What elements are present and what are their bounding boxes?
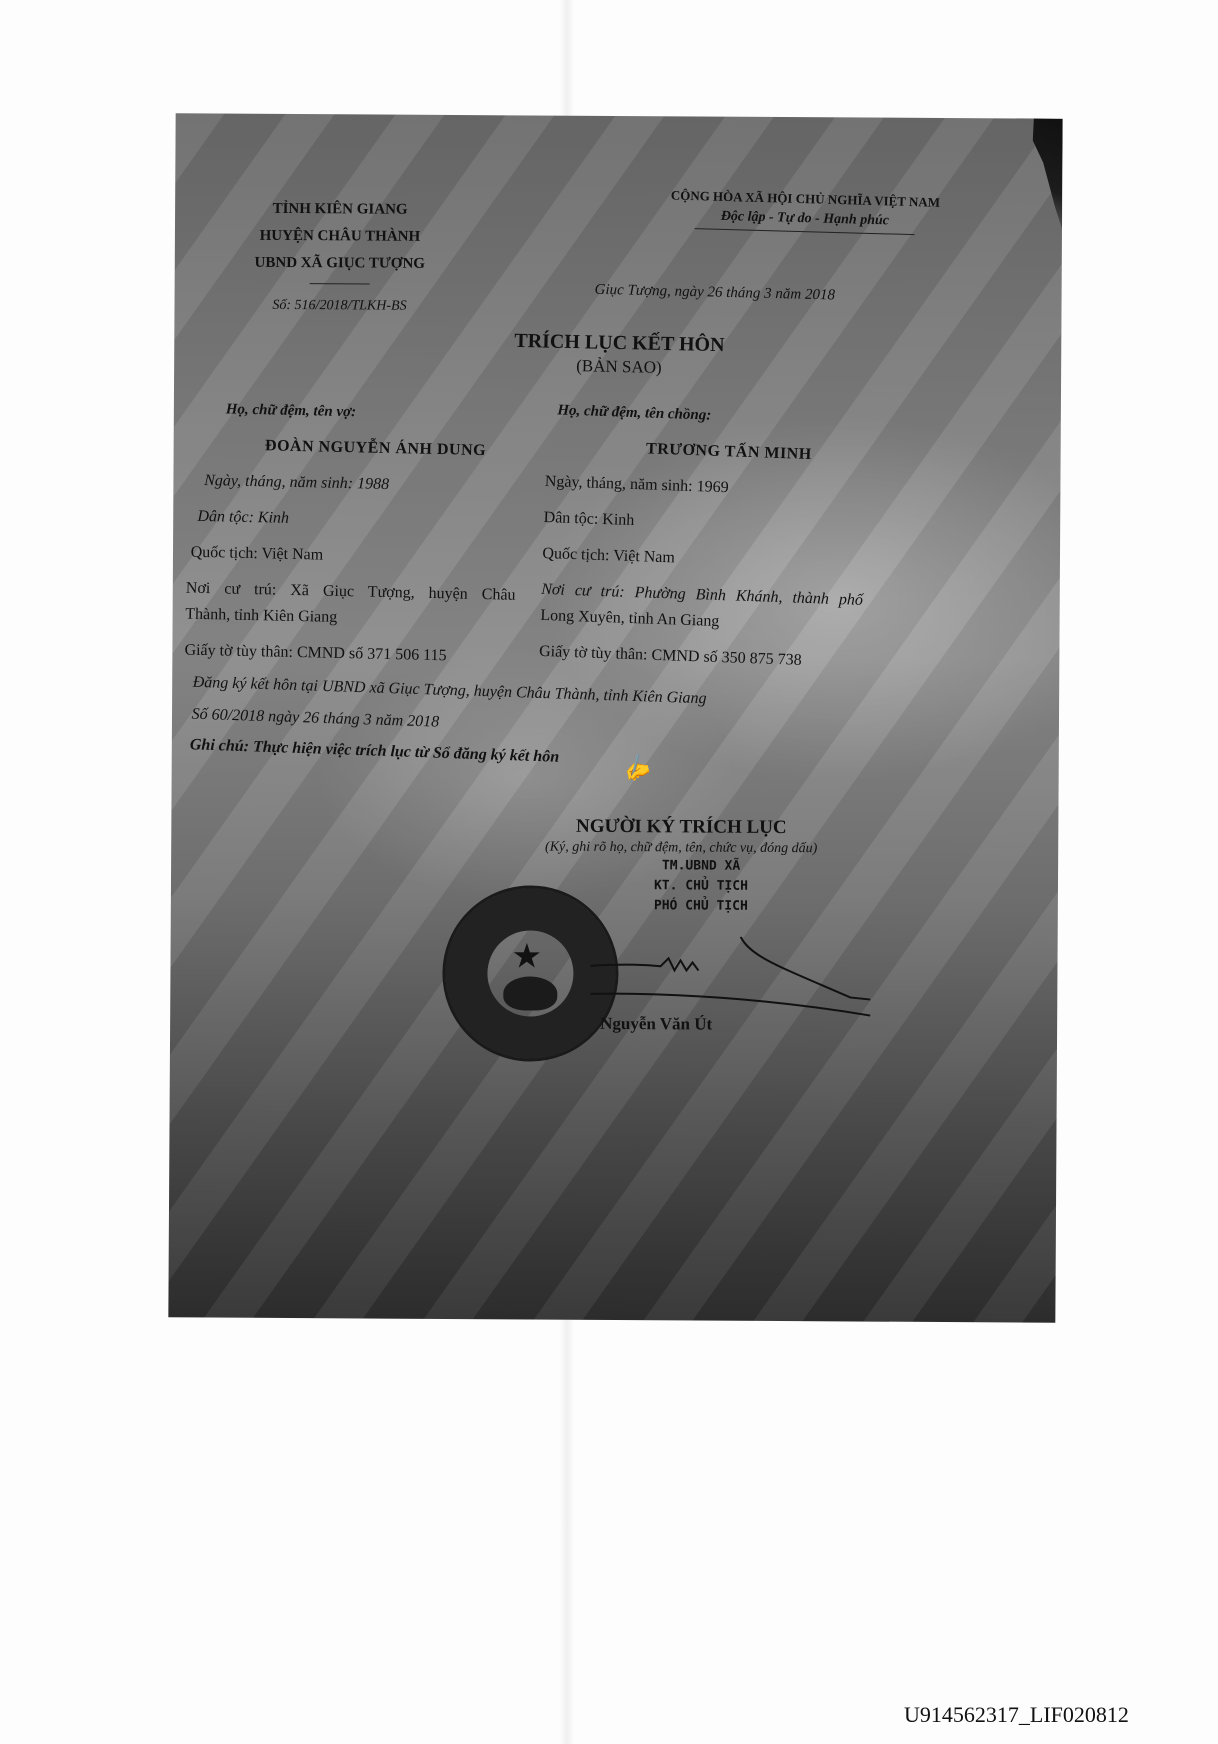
- registration-info: Đăng ký kết hôn tại UBND xã Giục Tượng, …: [191, 667, 707, 748]
- document-id: U914562317_LIF020812: [904, 1702, 1129, 1728]
- seal-emblem-icon: [503, 976, 557, 1010]
- commune-committee: UBND XÃ GIỤC TƯỢNG: [215, 250, 465, 279]
- stamp-line-1: TM.UBND XÃ: [531, 855, 871, 877]
- seal-star-icon: ★: [511, 936, 542, 976]
- photocopied-certificate: TỈNH KIÊN GIANG HUYỆN CHÂU THÀNH UBND XÃ…: [168, 113, 1062, 1322]
- province: TỈNH KIÊN GIANG: [215, 196, 465, 225]
- husband-section: Họ, chữ đệm, tên chồng: TRƯƠNG TẤN MINH …: [538, 392, 947, 683]
- document-title-block: TRÍCH LỤC KẾT HÔN (BẢN SAO): [454, 328, 785, 383]
- district: HUYỆN CHÂU THÀNH: [215, 223, 465, 252]
- signing-instruction: (Ký, ghi rõ họ, chữ đệm, tên, chức vụ, đ…: [491, 839, 871, 857]
- signer-title: NGƯỜI KÝ TRÍCH LỤC: [491, 815, 871, 839]
- issuing-authority: TỈNH KIÊN GIANG HUYỆN CHÂU THÀNH UBND XÃ…: [214, 196, 465, 321]
- wife-section: Họ, chữ đệm, tên vợ: ĐOÀN NGUYỄN ÁNH DUN…: [180, 391, 546, 677]
- signer-name: Nguyễn Văn Út: [600, 1014, 712, 1035]
- stamp-line-2: KT. CHỦ TỊCH: [531, 875, 871, 897]
- header-divider: [310, 283, 370, 284]
- place-and-date: Giục Tượng, ngày 26 tháng 3 năm 2018: [594, 282, 835, 305]
- handwritten-initial: ✍: [617, 751, 654, 787]
- document-number: Số: 516/2018/TLKH-BS: [214, 292, 464, 321]
- note: Ghi chú: Thực hiện việc trích lục từ Sổ …: [190, 736, 560, 767]
- national-header: CỘNG HÒA XÃ HỘI CHỦ NGHĨA VIỆT NAM Độc l…: [585, 183, 1026, 238]
